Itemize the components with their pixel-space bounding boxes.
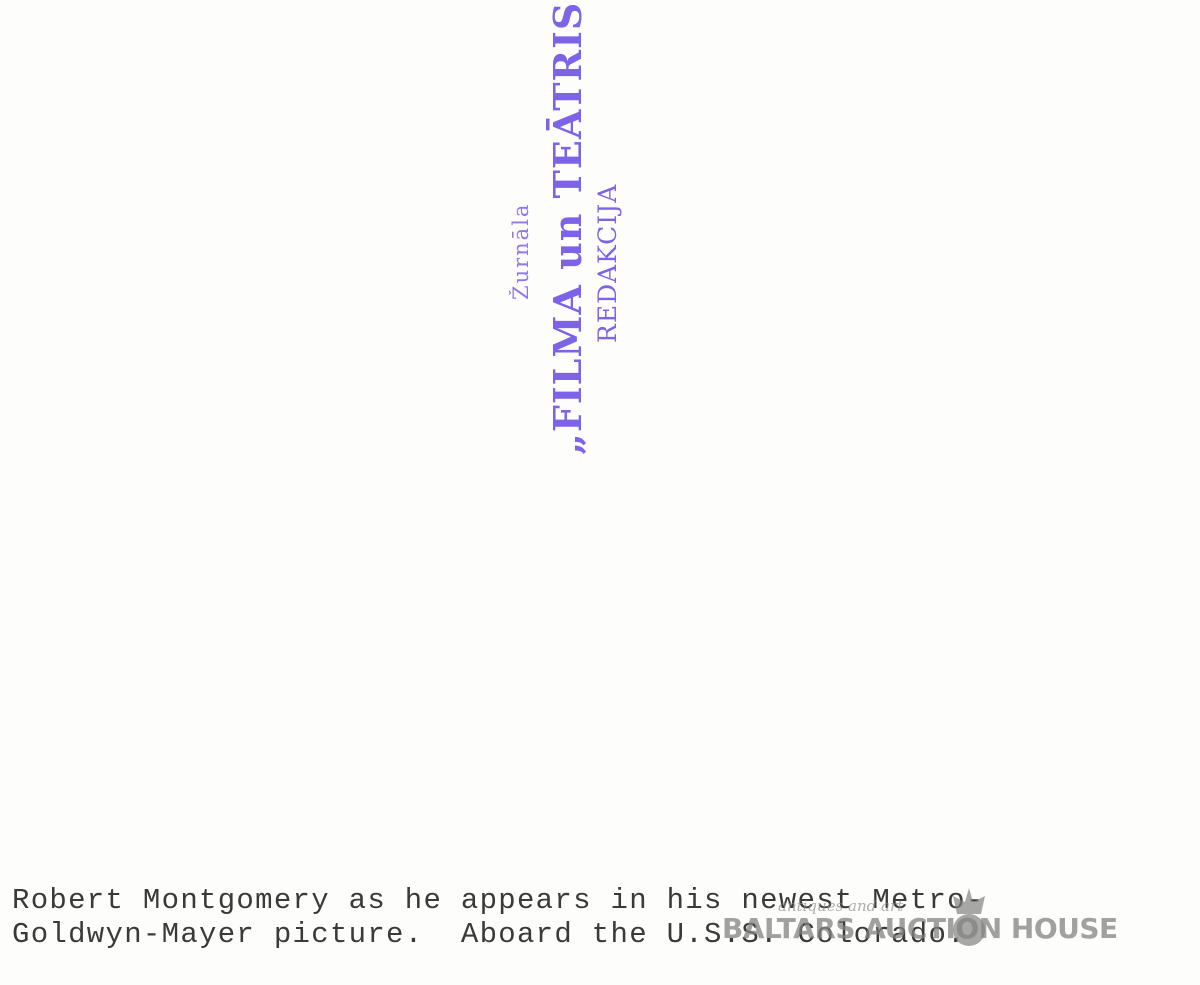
publisher-stamp: Žurnāla „FILMA un TEĀTRIS“ REDAKCIJA: [0, 0, 1200, 985]
stamp-line-journal: Žurnāla: [509, 203, 533, 300]
watermark-brand: BALTARS AUCTION HOUSE: [722, 912, 1118, 945]
stamp-line-editorial: REDAKCIJA: [593, 184, 622, 343]
stamp-line-title: „FILMA un TEĀTRIS“: [545, 0, 590, 455]
